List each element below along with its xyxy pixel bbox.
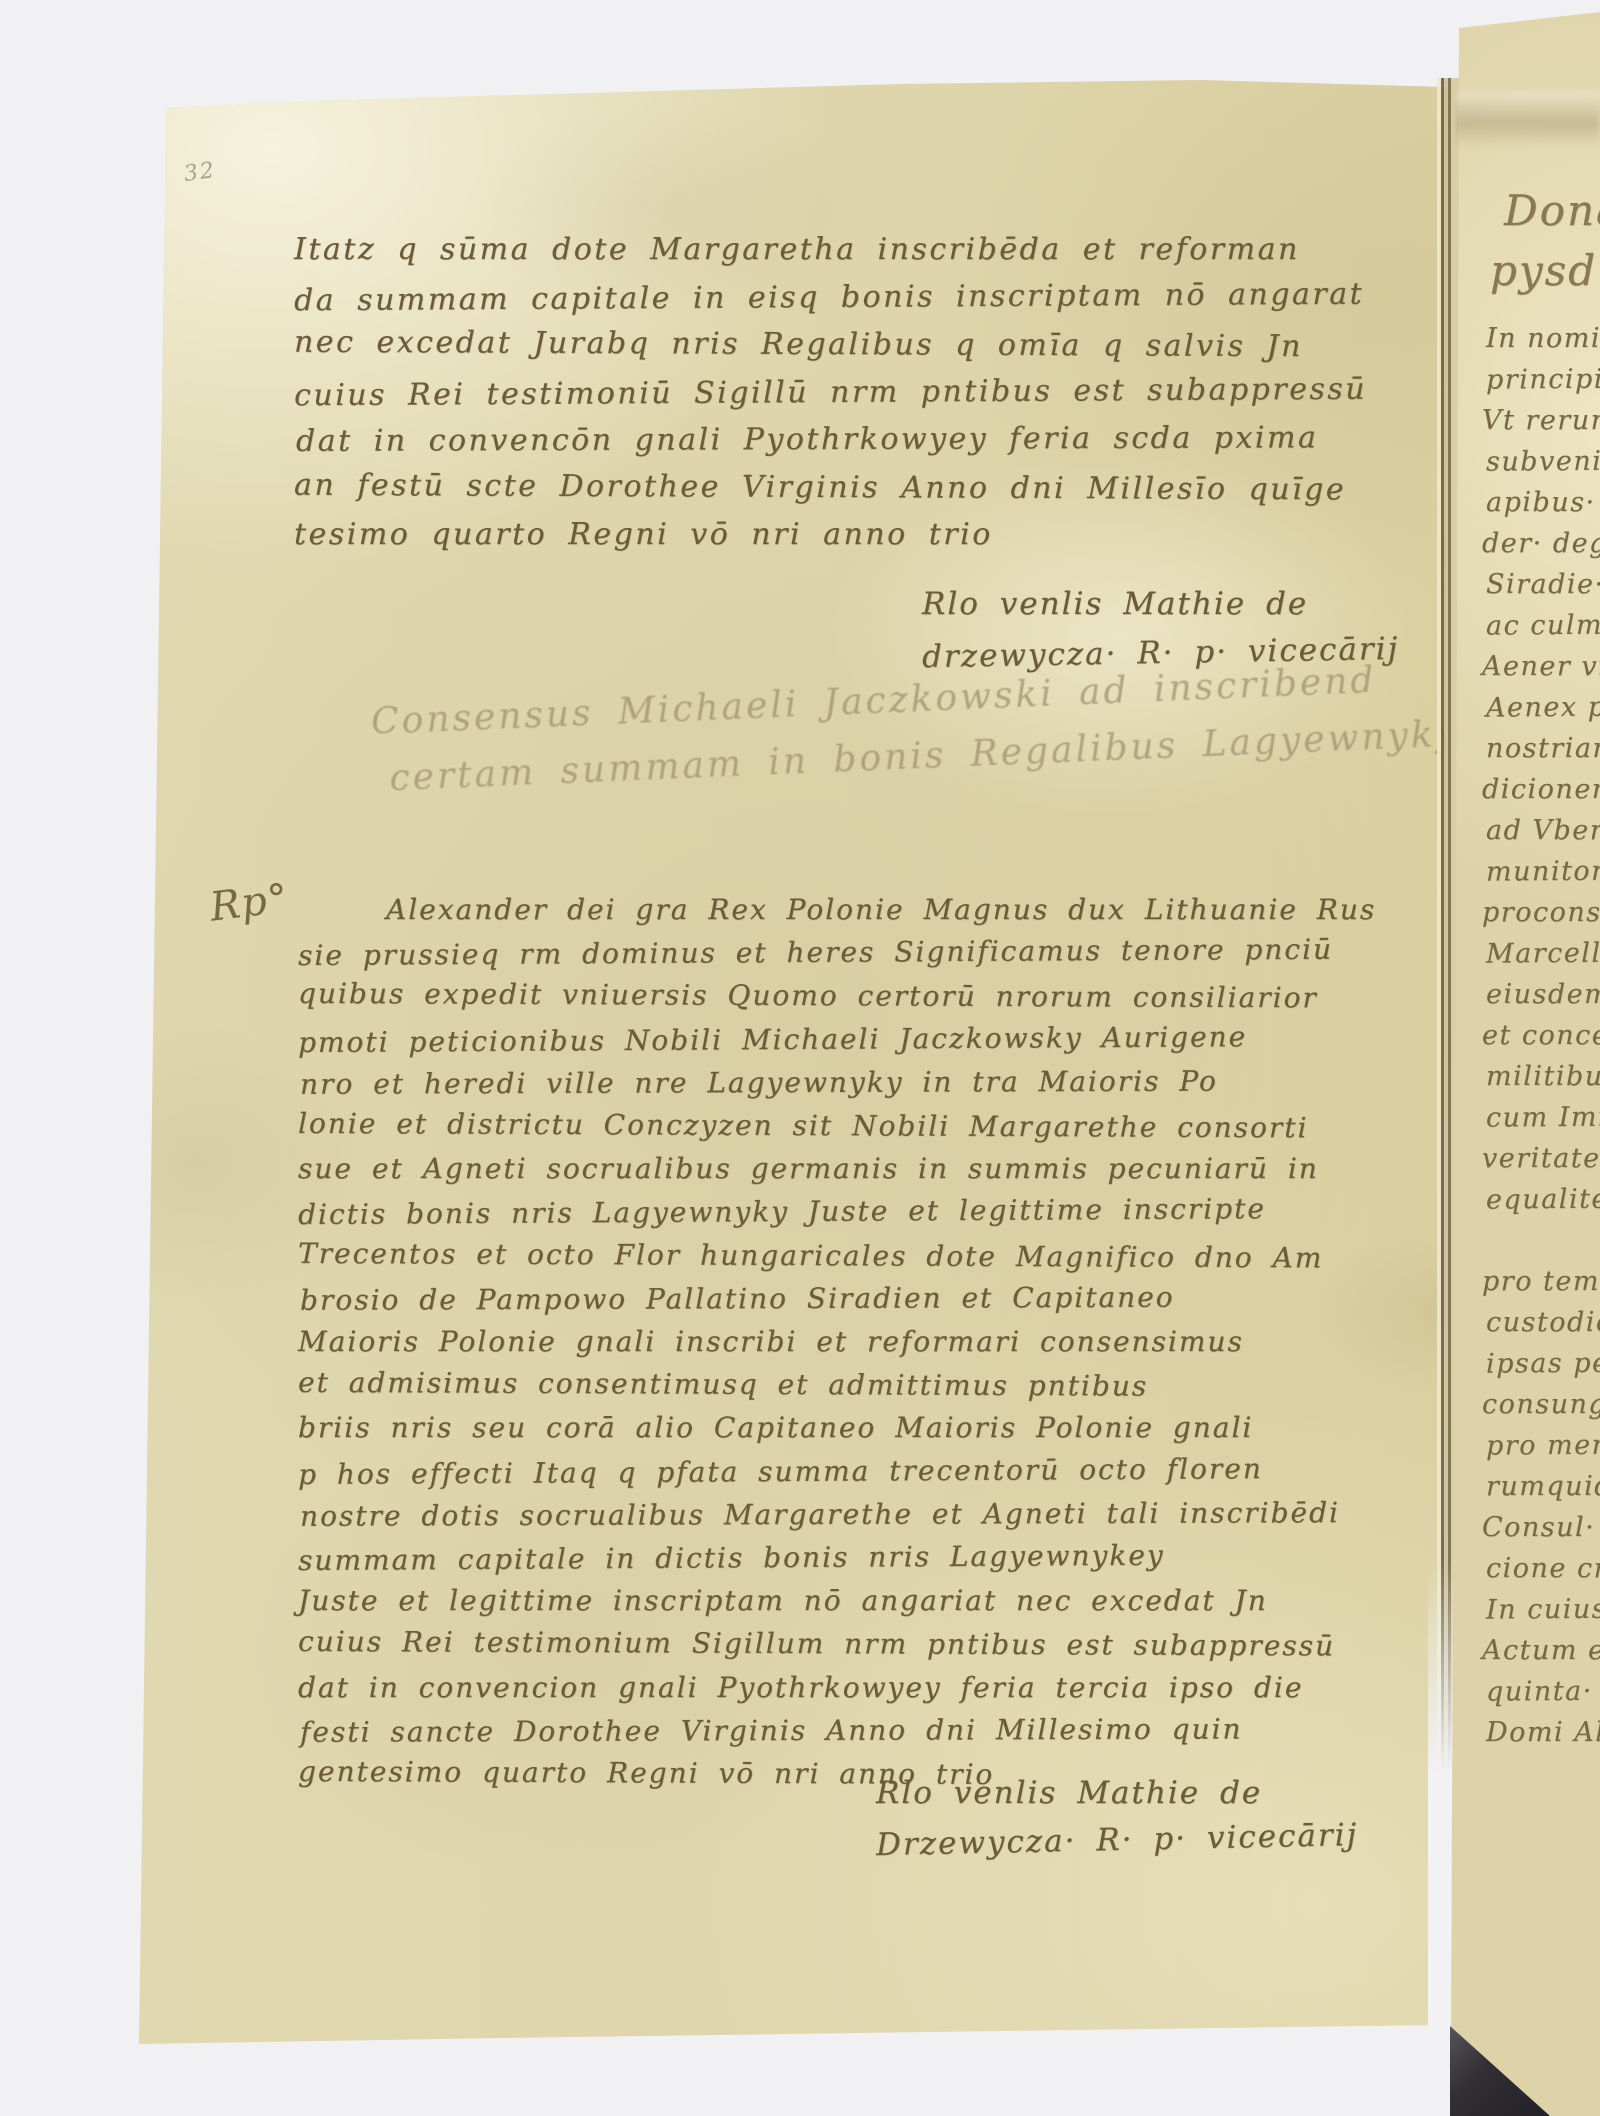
text-line: Itatz q sūma dote Margaretha inscribēda … bbox=[294, 226, 1354, 274]
right-page-fold-shadow bbox=[1456, 92, 1600, 148]
text-line: summam capitale in dictis bonis nris Lag… bbox=[298, 1533, 1278, 1582]
text-line-fragment: Aenex pr bbox=[1486, 686, 1600, 728]
text-line-fragment: apibus· bbox=[1486, 482, 1600, 523]
text-line-fragment: munitori bbox=[1486, 850, 1600, 892]
text-line: sue et Agneti socrualibus germanis in su… bbox=[298, 1147, 1278, 1190]
text-line-fragment: In cuius R bbox=[1486, 1588, 1600, 1630]
manuscript-scan: 32 Itatz q sūma dote Margaretha inscribē… bbox=[0, 0, 1600, 2116]
entry-2-signature-block: Rlo venlis Mathie deDrzewycza· R· p· vic… bbox=[876, 1770, 1358, 1864]
entry-2-text-block: Alexander dei gra Rex Polonie Magnus dux… bbox=[298, 888, 1278, 1795]
text-line: quibus expedit vniuersis Quomo certorū n… bbox=[298, 972, 1278, 1019]
text-line-fragment: dicionem bbox=[1482, 769, 1600, 810]
text-line: dictis bonis nris Lagyewnyky Juste et le… bbox=[298, 1187, 1278, 1236]
text-line: nro et heredi ville nre Lagyewnyky in tr… bbox=[300, 1059, 1280, 1106]
signature-line: Rlo venlis Mathie de bbox=[876, 1770, 1358, 1817]
text-line-fragment: Vt rerum bbox=[1482, 400, 1600, 441]
text-line: cuius Rei testimonium Sigillum nrm pntib… bbox=[298, 1620, 1278, 1667]
text-line: nostre dotis socrualibus Margarethe et A… bbox=[300, 1491, 1280, 1538]
text-line-fragment: In nomi bbox=[1486, 318, 1600, 359]
text-line-fragment: ipsas per bbox=[1486, 1342, 1600, 1384]
text-line-fragment: proconsul bbox=[1482, 892, 1600, 933]
text-line: cuius Rei testimoniū Sigillū nrm pntibus… bbox=[294, 365, 1354, 419]
text-line-fragment: militibus p bbox=[1486, 1056, 1600, 1097]
text-line: briis nris seu corā alio Capitaneo Maior… bbox=[298, 1406, 1278, 1449]
text-line: festi sancte Dorothee Virginis Anno dni … bbox=[300, 1707, 1280, 1754]
text-line: et admisimus consentimusq et admittimus … bbox=[298, 1361, 1278, 1408]
text-line-fragment: Aener vi bbox=[1482, 646, 1600, 687]
text-line-fragment: ad Vberi bbox=[1486, 810, 1600, 851]
text-line-fragment: pro merit bbox=[1486, 1424, 1600, 1466]
text-line: Trecentos et octo Flor hungaricales dote… bbox=[298, 1231, 1278, 1278]
text-line-fragment: et concedi bbox=[1482, 1015, 1600, 1056]
text-line: tesimo quarto Regni vō nri anno trio bbox=[294, 511, 1354, 559]
text-line-fragment: Domi Al bbox=[1486, 1712, 1600, 1753]
text-line-fragment: ac culmi bbox=[1486, 604, 1600, 646]
text-line-fragment: Actum et bbox=[1482, 1630, 1600, 1671]
text-line-fragment: eiusdem bbox=[1486, 974, 1600, 1015]
text-line-fragment: custodie bbox=[1486, 1302, 1600, 1343]
text-line: sie prussieq rm dominus et heres Signifi… bbox=[298, 928, 1278, 977]
text-line-fragment: nostriam bbox=[1486, 728, 1600, 769]
folio-number: 32 bbox=[182, 158, 217, 187]
right-page-text-column: In nomiprincipiVt rerumsubveniapibus·der… bbox=[1486, 318, 1600, 1753]
text-line: brosio de Pampowo Pallatino Siradien et … bbox=[300, 1275, 1280, 1322]
text-line-fragment: consung bbox=[1482, 1384, 1600, 1425]
text-line-fragment: cum Imi bbox=[1486, 1096, 1600, 1138]
text-line: Alexander dei gra Rex Polonie Magnus dux… bbox=[298, 888, 1278, 931]
text-line-fragment: Consul· et bbox=[1482, 1507, 1600, 1548]
text-line-fragment: Marcellas bbox=[1486, 932, 1600, 974]
text-line: dat in convencion gnali Pyothrkowyey fer… bbox=[298, 1666, 1278, 1709]
manuscript-left-page: 32 Itatz q sūma dote Margaretha inscribē… bbox=[0, 0, 1600, 2116]
margin-mark: Rp° bbox=[207, 875, 291, 930]
text-line: Maioris Polonie gnali inscribi et reform… bbox=[298, 1320, 1278, 1363]
text-line-fragment: pro tem bbox=[1482, 1261, 1600, 1302]
text-line: lonie et districtu Conczyzen sit Nobili … bbox=[298, 1102, 1278, 1149]
text-line-fragment: equaliter bbox=[1486, 1178, 1600, 1220]
faded-inserted-heading: Consensus Michaeli Jaczkowski ad inscrib… bbox=[370, 649, 1460, 808]
text-line-fragment: cione cri bbox=[1486, 1548, 1600, 1589]
right-page-heading-line: Donacō bbox=[1504, 186, 1600, 235]
text-line-fragment: veritate bbox=[1482, 1138, 1600, 1179]
text-line-fragment: principi bbox=[1486, 358, 1600, 400]
signature-line: Rlo venlis Mathie de bbox=[922, 580, 1399, 629]
text-line: p hos effecti Itaq q pfata summa trecent… bbox=[298, 1447, 1278, 1496]
text-line: nec excedat Jurabq nris Regalibus q omīa… bbox=[294, 319, 1354, 371]
text-line-fragment: Siradie· L bbox=[1486, 564, 1600, 605]
text-line: an festū scte Dorothee Virginis Anno dni… bbox=[294, 461, 1354, 513]
text-line: pmoti peticionibus Nobili Michaeli Jaczk… bbox=[298, 1015, 1278, 1064]
text-line: Juste et legittime inscriptam nō angaria… bbox=[298, 1579, 1278, 1622]
text-line: dat in convencōn gnali Pyothrkowyey feri… bbox=[296, 414, 1356, 465]
right-page-heading-line: pysdreñ bbox=[1490, 246, 1600, 295]
text-line-fragment: der· deg bbox=[1482, 523, 1600, 564]
text-line: da summam capitale in eisq bonis inscrip… bbox=[294, 270, 1354, 324]
text-line-fragment bbox=[1486, 1220, 1600, 1261]
text-line-fragment: rumquide bbox=[1486, 1466, 1600, 1507]
text-line-fragment: subveni bbox=[1486, 440, 1600, 482]
text-line-fragment: quinta· p bbox=[1486, 1670, 1600, 1712]
signature-line: Drzewycza· R· p· vicecārij bbox=[876, 1812, 1359, 1869]
entry-1-text-block: Itatz q sūma dote Margaretha inscribēda … bbox=[294, 226, 1354, 559]
